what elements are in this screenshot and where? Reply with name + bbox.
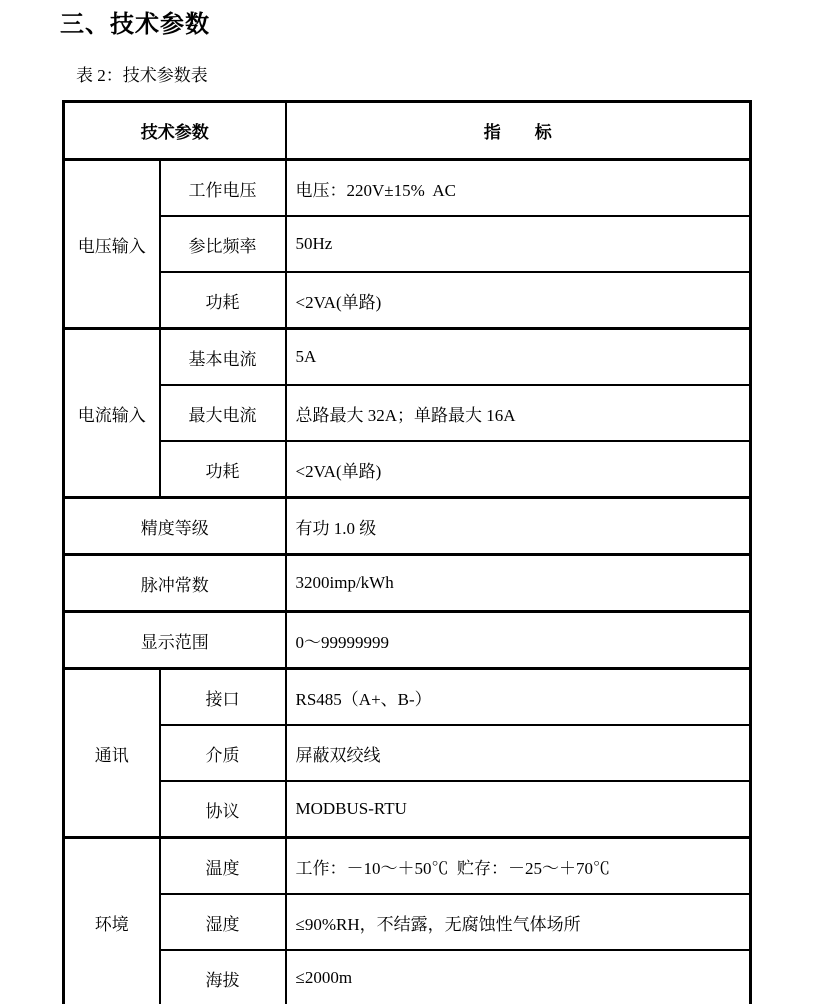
table-caption: 表 2：技术参数表	[76, 65, 821, 87]
row-value: 3200imp/kWh	[286, 555, 751, 612]
table-row: 功耗 <2VA(单路)	[64, 441, 751, 498]
row-value: 电压：220V±15% AC	[286, 160, 751, 217]
row-value: 屏蔽双绞线	[286, 725, 751, 781]
group-label-current-input: 电流输入	[64, 329, 160, 498]
row-value: <2VA(单路)	[286, 441, 751, 498]
table-row: 参比频率 50Hz	[64, 216, 751, 272]
row-value: 5A	[286, 329, 751, 386]
table-header-row: 技术参数 指 标	[64, 102, 751, 160]
table-row: 电压输入 工作电压 电压：220V±15% AC	[64, 160, 751, 217]
group-label-communication: 通讯	[64, 669, 160, 838]
row-value: 0～99999999	[286, 612, 751, 669]
row-label: 介质	[160, 725, 286, 781]
row-label: 参比频率	[160, 216, 286, 272]
row-value: ≤2000m	[286, 950, 751, 1004]
row-label: 工作电压	[160, 160, 286, 217]
table-row: 显示范围 0～99999999	[64, 612, 751, 669]
row-label-accuracy-class: 精度等级	[64, 498, 286, 555]
row-value: 工作：－10～＋50℃ 贮存：－25～＋70℃	[286, 838, 751, 895]
table-row: 湿度 ≤90%RH，不结露，无腐蚀性气体场所	[64, 894, 751, 950]
table-row: 海拔 ≤2000m	[64, 950, 751, 1004]
table-row: 环境 温度 工作：－10～＋50℃ 贮存：－25～＋70℃	[64, 838, 751, 895]
row-label: 温度	[160, 838, 286, 895]
table-row: 协议 MODBUS-RTU	[64, 781, 751, 838]
row-value: MODBUS-RTU	[286, 781, 751, 838]
row-value: 有功 1.0 级	[286, 498, 751, 555]
header-cell-indicator: 指 标	[286, 102, 751, 160]
page-title: 三、技术参数	[60, 10, 821, 40]
row-value: 总路最大 32A；单路最大 16A	[286, 385, 751, 441]
row-label: 协议	[160, 781, 286, 838]
document-page: 三、技术参数 表 2：技术参数表 技术参数 指 标 电压输入 工作电压 电压：2…	[0, 0, 821, 1004]
table-row: 电流输入 基本电流 5A	[64, 329, 751, 386]
technical-parameters-table: 技术参数 指 标 电压输入 工作电压 电压：220V±15% AC 参比频率 5…	[62, 100, 752, 1004]
row-label: 功耗	[160, 272, 286, 329]
table-row: 脉冲常数 3200imp/kWh	[64, 555, 751, 612]
group-label-voltage-input: 电压输入	[64, 160, 160, 329]
row-value: ≤90%RH，不结露，无腐蚀性气体场所	[286, 894, 751, 950]
row-label: 功耗	[160, 441, 286, 498]
row-value: <2VA(单路)	[286, 272, 751, 329]
table-row: 通讯 接口 RS485（A+、B-）	[64, 669, 751, 726]
table-row: 介质 屏蔽双绞线	[64, 725, 751, 781]
row-value: 50Hz	[286, 216, 751, 272]
row-label: 最大电流	[160, 385, 286, 441]
row-label-display-range: 显示范围	[64, 612, 286, 669]
group-label-environment: 环境	[64, 838, 160, 1004]
table-row: 最大电流 总路最大 32A；单路最大 16A	[64, 385, 751, 441]
row-label: 接口	[160, 669, 286, 726]
table-row: 精度等级 有功 1.0 级	[64, 498, 751, 555]
row-value: RS485（A+、B-）	[286, 669, 751, 726]
row-label: 基本电流	[160, 329, 286, 386]
row-label: 湿度	[160, 894, 286, 950]
row-label-pulse-constant: 脉冲常数	[64, 555, 286, 612]
header-cell-parameters: 技术参数	[64, 102, 286, 160]
table-row: 功耗 <2VA(单路)	[64, 272, 751, 329]
row-label: 海拔	[160, 950, 286, 1004]
